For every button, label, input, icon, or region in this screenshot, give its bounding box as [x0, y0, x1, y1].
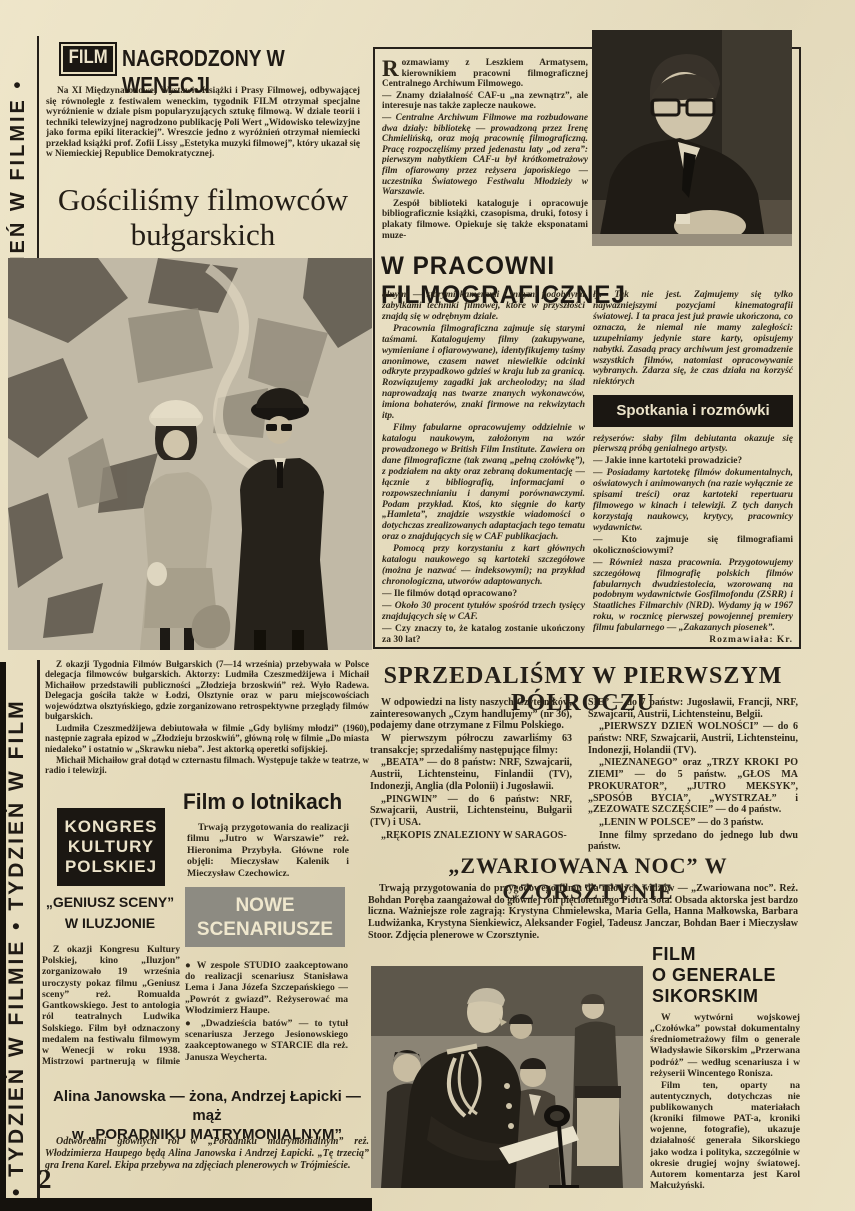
interview-signature: Rozmawiała: Kr. — [593, 635, 793, 642]
interview-left-p2: Pracownia filmograficzna zajmuje się sta… — [382, 324, 585, 422]
interview-left-a1: — Około 30 procent tytułów spośród trzec… — [382, 601, 585, 623]
new-scripts-item-2: ● „Dwadzieścia batów” — to tytuł scenari… — [185, 1018, 348, 1080]
meetings-talks-banner: Spotkania i rozmówki — [593, 395, 793, 426]
interview-right-a1: — Posiadamy kartotekę filmów dokumentaln… — [593, 468, 793, 534]
margin-rule-top — [37, 36, 39, 260]
interview-right-top: ły. Tak nie jest. Zajmujemy się tylko na… — [593, 290, 793, 388]
magazine-page: IEŃ W FILMIE • • TYDZIEŃ W FILMIE • TYDZ… — [0, 0, 855, 1211]
venice-article: Na XI Międzynarodowej Wystawie Książki i… — [46, 86, 360, 182]
film-logo-text: FILM — [68, 44, 107, 72]
sikorski-article: W wytwórni wojskowej „Czołówka” powstał … — [650, 1012, 800, 1190]
interview-right-a2: — Również nasza pracownia. Przygotowujem… — [593, 558, 793, 634]
bulgarian-actors-photo-art — [8, 258, 372, 650]
page-strapline-top: IEŃ W FILMIE • — [7, 32, 30, 262]
congress-logo: KONGRES KULTURY POLSKIEJ — [57, 808, 165, 886]
sales-right-p1: SIE” — do 7 państw: Jugosławii, Francji,… — [588, 697, 798, 720]
interview-left-q2: — Czy znaczy to, że katalog zostanie uko… — [382, 624, 585, 642]
armatys-portrait-art — [592, 30, 792, 246]
sales-left-p3: „BEATA” — do 8 państw: NRF, Szwajcarii, … — [370, 757, 572, 792]
sales-left-p5: „RĘKOPIS ZNALEZIONY W SARAGOS- — [370, 830, 572, 842]
genius-text: Z okazji Kongresu Kultury Polskiej, kino… — [42, 944, 180, 1066]
interview-intro-p4: Zespół biblioteki kataloguje i opracowuj… — [382, 199, 588, 241]
new-scripts-item-1: ● W zespole STUDIO zaakceptowano do real… — [185, 960, 348, 1016]
sikorski-headline: FILM O GENERALE SIKORSKIM — [652, 944, 802, 1007]
sales-left-p1: W odpowiedzi na listy naszych Czytelnikó… — [370, 697, 572, 732]
genius-article: Z okazji Kongresu Kultury Polskiej, kino… — [42, 944, 180, 1066]
crazy-night-text: Trwają przygotowania do przygodowego fil… — [368, 883, 798, 941]
venice-article-text: Na XI Międzynarodowej Wystawie Książki i… — [46, 86, 360, 160]
interview-intro: Rozmawiamy z Leszkiem Armatysem, kierown… — [382, 58, 588, 248]
interview-column-left: alnymi — starymi kamerami i innymi podob… — [382, 290, 585, 642]
genius-headline: „GENIUSZ SCENY” W ILUZJONIE — [40, 892, 180, 934]
interview-left-q1: — Ile filmów dotąd opracowano? — [382, 589, 585, 600]
sikorski-p2: Film ten, oparty na autentycznych, dotyc… — [650, 1080, 800, 1190]
sales-column-right: SIE” — do 7 państw: Jugosławii, Francji,… — [588, 697, 798, 861]
interview-column-right: ły. Tak nie jest. Zajmujemy się tylko na… — [593, 290, 793, 642]
interview-dropcap: R — [382, 59, 399, 78]
sikorski-p1: W wytwórni wojskowej „Czołówka” powstał … — [650, 1012, 800, 1079]
new-scripts-item-1-text: ● W zespole STUDIO zaakceptowano do real… — [185, 960, 348, 1016]
crazy-night-article: Trwają przygotowania do przygodowego fil… — [368, 883, 798, 943]
matrimonial-article: Odtwórcami głównych ról w „Poradniku mat… — [45, 1136, 369, 1186]
matrimonial-text: Odtwórcami głównych ról w „Poradniku mat… — [45, 1136, 369, 1172]
aviators-article: Trwają przygotowania do realizacji filmu… — [187, 822, 349, 884]
sales-right-p5: Inne filmy sprzedano do jednego lub dwu … — [588, 830, 798, 853]
scan-edge-left — [0, 662, 6, 1211]
interview-intro-p3: — Centralne Archiwum Filmowe ma rozbudow… — [382, 113, 588, 198]
bulgarian-headline: Gościliśmy filmowców bułgarskich — [46, 183, 360, 252]
sales-left-p4: „PINGWIN” — do 6 państw: NRF, Szwajcarii… — [370, 794, 572, 829]
interview-right-p1: reżyserów: słaby film debiutanta okazuje… — [593, 434, 793, 456]
interview-left-p4: Pomocą przy korzystaniu z kart głównych … — [382, 544, 585, 588]
armatys-portrait-photo — [592, 30, 792, 246]
page-number: 2 — [38, 1164, 52, 1195]
scan-edge-bottom — [0, 1198, 372, 1211]
sales-column-left: W odpowiedzi na listy naszych Czytelnikó… — [370, 697, 572, 861]
film-magazine-logo: FILM — [59, 42, 117, 76]
sales-left-p2: W pierwszym półroczu zawarliśmy 63 trans… — [370, 733, 572, 756]
bulgarian-actors-photo — [8, 258, 372, 650]
interview-right-q1: — Jakie inne kartoteki prowadzicie? — [593, 456, 793, 467]
bulgarian-caption-p3: Michaił Michaiłow grał dotąd w czternast… — [45, 755, 369, 776]
page-strapline-bottom: • TYDZIEŃ W FILMIE • TYDZIEŃ W FILM — [5, 662, 29, 1196]
interview-intro-p2: — Znamy działalność CAF-u „na zewnątrz”,… — [382, 91, 588, 112]
aviators-headline: Film o lotnikach — [183, 789, 369, 815]
interview-right-q2: — Kto zajmuje się filmografiami okoliczn… — [593, 535, 793, 557]
sales-right-p2: „PIERWSZY DZIEŃ WOLNOŚCI” — do 6 państw:… — [588, 721, 798, 756]
new-scripts-item-2-text: ● „Dwadzieścia batów” — to tytuł scenari… — [185, 1018, 348, 1063]
sikorski-photo-art — [371, 966, 643, 1188]
interview-left-p3: Filmy fabularne opracowujemy oddzielnie … — [382, 423, 585, 543]
bulgarian-caption: Z okazji Tygodnia Filmów Bułgarskich (7—… — [45, 659, 369, 779]
sikorski-photo — [371, 966, 643, 1188]
sales-right-p4: „LENIN W POLSCE” — do 3 państw. — [588, 817, 798, 829]
bulgarian-caption-p2: Ludmiła Czeszmedżijewa debiutowała w fil… — [45, 723, 369, 754]
interview-intro-p1: Rozmawiamy z Leszkiem Armatysem, kierown… — [382, 58, 588, 90]
aviators-text: Trwają przygotowania do realizacji filmu… — [187, 822, 349, 879]
sales-right-p3: „NIEZNANEGO” oraz „TRZY KROKI PO ZIEMI” … — [588, 757, 798, 815]
new-scripts-banner: NOWE SCENARIUSZE — [185, 887, 345, 947]
interview-left-p1: alnymi — starymi kamerami i innymi podob… — [382, 290, 585, 323]
bulgarian-caption-p1: Z okazji Tygodnia Filmów Bułgarskich (7—… — [45, 659, 369, 722]
